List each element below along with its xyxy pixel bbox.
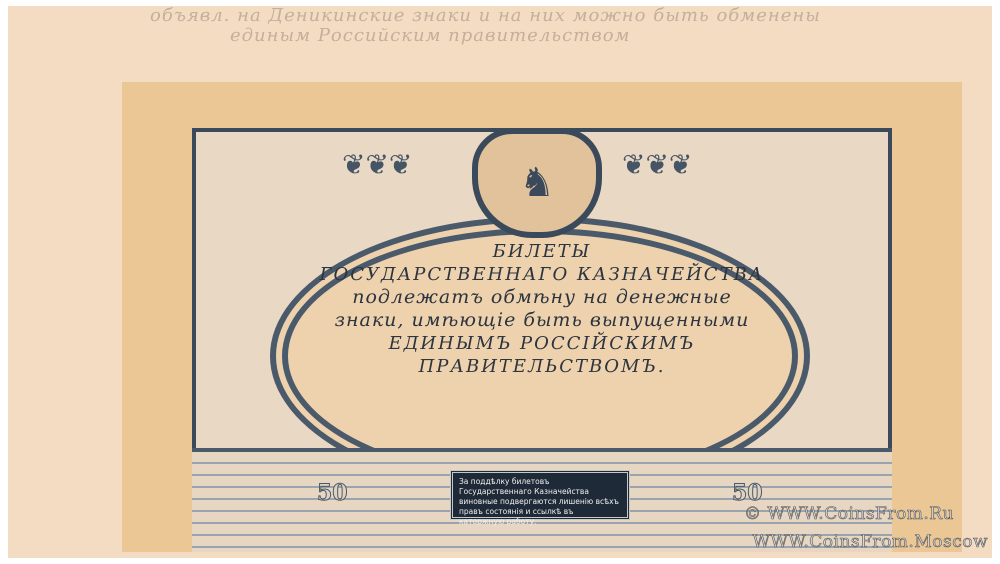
inscription-line-3: подлежатъ обмѣну на денежные xyxy=(192,286,892,309)
watermark-line-1: © WWW.CoinsFrom.Ru xyxy=(744,504,954,524)
inscription-line-2: ГОСУДАРСТВЕННАГО КАЗНАЧЕЙСТВА xyxy=(192,263,892,286)
inscription-line-6: ПРАВИТЕЛЬСТВОМЪ. xyxy=(192,355,892,378)
inscription-line-5: ЕДИНЫМЪ РОССІЙСКИМЪ xyxy=(192,332,892,355)
handwritten-annotation: объявл. на Деникинские знаки и на них мо… xyxy=(150,6,970,46)
handwriting-line-1: объявл. на Деникинские знаки и на них мо… xyxy=(150,6,970,26)
laurel-wreath-right-icon: ❦❦❦ xyxy=(622,148,692,181)
counterfeit-warning-box: За поддѣлку билетовъ Государственнаго Ка… xyxy=(450,470,630,520)
handwriting-line-2: единым Российским правительством xyxy=(150,26,970,46)
ornamental-frame: ❦❦❦ ❦❦❦ ♞ БИЛЕТЫ ГОСУДАРСТВЕННАГО КАЗНАЧ… xyxy=(192,128,892,548)
center-inscription: БИЛЕТЫ ГОСУДАРСТВЕННАГО КАЗНАЧЕЙСТВА под… xyxy=(192,240,892,378)
denomination-right: 50 xyxy=(732,480,763,506)
inscription-line-4: знаки, имѣющіе быть выпущенными xyxy=(192,309,892,332)
inscription-line-1: БИЛЕТЫ xyxy=(192,240,892,263)
laurel-wreath-left-icon: ❦❦❦ xyxy=(342,148,412,181)
denomination-left: 50 xyxy=(317,480,348,506)
st-george-emblem-icon: ♞ xyxy=(472,128,602,238)
watermark-line-2: WWW.CoinsFrom.Moscow xyxy=(752,532,988,552)
